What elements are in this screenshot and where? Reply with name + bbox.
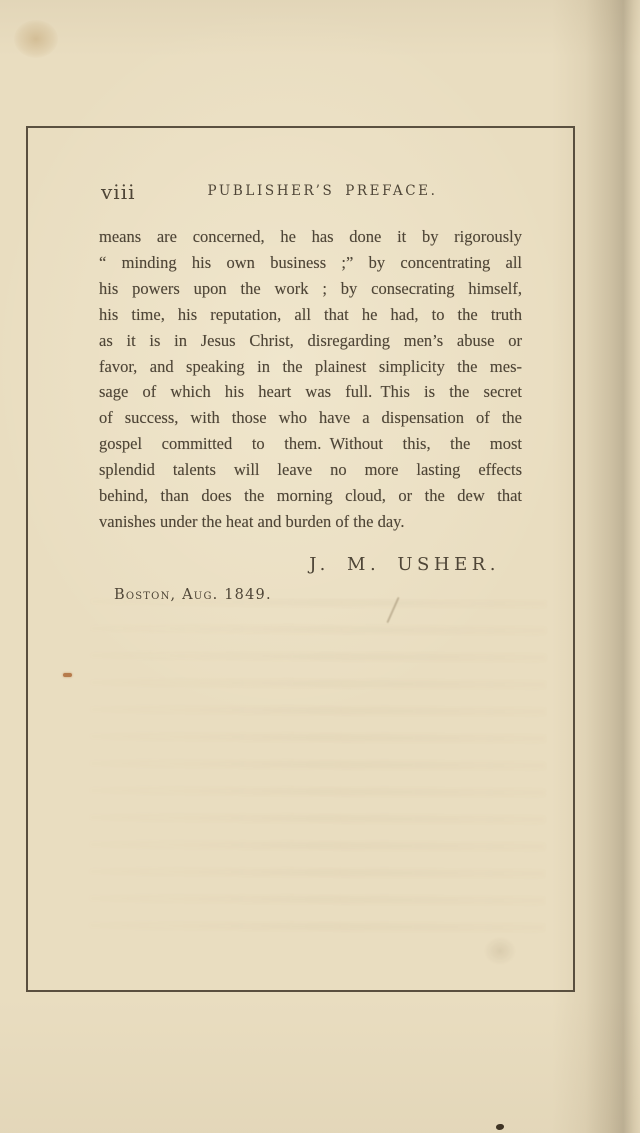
body-line: favor, and speaking in the plainest simp… <box>99 354 522 380</box>
page-header: viii PUBLISHER’S PREFACE. <box>99 180 522 206</box>
body-line: sage of which his heart was full. This i… <box>99 379 522 405</box>
body-line: his powers upon the work ; by consecrati… <box>99 276 522 302</box>
signature-line: J. M. USHER. <box>99 554 522 575</box>
body-line: of success, with those who have a dispen… <box>99 405 522 431</box>
ink-bleedthrough <box>87 597 548 935</box>
dateline: Boston, Aug. 1849. <box>114 587 272 603</box>
ruled-border: viii PUBLISHER’S PREFACE. means are conc… <box>26 126 575 992</box>
ink-speck-left-margin <box>63 673 72 677</box>
body-line: splendid talents will leave no more last… <box>99 457 522 483</box>
scratch-mark <box>386 597 399 623</box>
preface-body: means are concerned, he has done it by r… <box>99 224 522 535</box>
speck-bottom-edge <box>496 1124 504 1130</box>
stain-top-left <box>14 20 58 58</box>
running-title: PUBLISHER’S PREFACE. <box>111 183 534 199</box>
scanned-book-page: viii PUBLISHER’S PREFACE. means are conc… <box>0 0 640 1133</box>
body-line: means are concerned, he has done it by r… <box>99 224 522 250</box>
body-line: “ minding his own business ;” by concent… <box>99 250 522 276</box>
body-line: behind, than does the morning cloud, or … <box>99 483 522 509</box>
body-line: gospel committed to them. Without this, … <box>99 431 522 457</box>
body-line: as it is in Jesus Christ, disregarding m… <box>99 328 522 354</box>
body-line: his time, his reputation, all that he ha… <box>99 302 522 328</box>
faint-blotch <box>483 936 517 966</box>
body-line: vanishes under the heat and burden of th… <box>99 509 522 535</box>
